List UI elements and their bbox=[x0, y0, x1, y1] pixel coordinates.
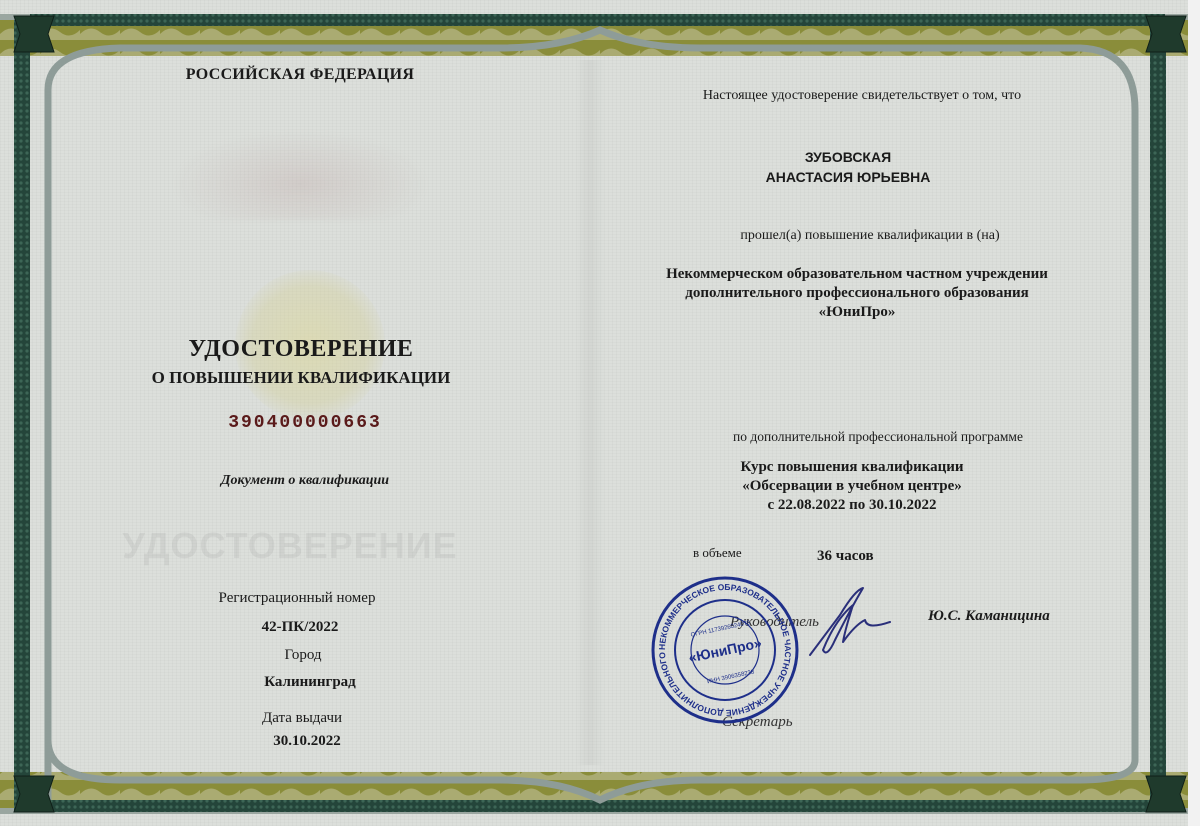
issue-date: 30.10.2022 bbox=[273, 733, 341, 750]
organization-line: «ЮниПро» bbox=[819, 304, 896, 321]
holder-surname: ЗУБОВСКАЯ bbox=[805, 149, 891, 165]
city-value: Калининград bbox=[264, 674, 356, 691]
serial-number: 390400000663 bbox=[228, 413, 382, 433]
organization-line: Некоммерческом образовательном частном у… bbox=[666, 266, 1048, 283]
signature bbox=[805, 580, 895, 665]
issue-date-label: Дата выдачи bbox=[262, 710, 342, 727]
intro-text: Настоящее удостоверение свидетельствует … bbox=[703, 88, 1021, 104]
document-title: УДОСТОВЕРЕНИЕ bbox=[189, 336, 414, 363]
city-label: Город bbox=[284, 647, 321, 664]
center-fold bbox=[575, 60, 605, 765]
stamp-ogrn: ОГРН 1173926024075 bbox=[690, 620, 751, 639]
emblem-watermark bbox=[170, 130, 430, 220]
organization-line: дополнительного профессионального образо… bbox=[685, 285, 1028, 302]
program-line: «Обсервации в учебном центре» bbox=[742, 478, 962, 495]
volume-label: в объеме bbox=[693, 545, 742, 561]
program-line: Курс повышения квалификации bbox=[740, 459, 963, 476]
certificate-document: УДОСТОВЕРЕНИЕ РОССИЙСКАЯ ФЕДЕРАЦИЯ УДОСТ… bbox=[0, 0, 1200, 826]
program-label: по дополнительной профессиональной прогр… bbox=[733, 429, 1023, 445]
watermark-text: УДОСТОВЕРЕНИЕ bbox=[120, 525, 460, 567]
volume-value: 36 часов bbox=[817, 548, 874, 565]
stamp-center-text: «ЮниПро» bbox=[687, 634, 763, 665]
passed-text: прошел(а) повышение квалификации в (на) bbox=[740, 228, 999, 244]
document-type: Документ о квалификации bbox=[221, 473, 389, 489]
document-subtitle: О ПОВЫШЕНИИ КВАЛИФИКАЦИИ bbox=[152, 368, 451, 388]
registration-label: Регистрационный номер bbox=[219, 590, 376, 607]
holder-given-names: АНАСТАСИЯ ЮРЬЕВНА bbox=[766, 169, 931, 185]
head-name: Ю.С. Каманицина bbox=[928, 608, 1050, 625]
country-heading: РОССИЙСКАЯ ФЕДЕРАЦИЯ bbox=[186, 66, 414, 84]
organization-stamp: НЕКОММЕРЧЕСКОЕ ОБРАЗОВАТЕЛЬНОЕ ЧАСТНОЕ У… bbox=[650, 575, 800, 725]
program-dates: с 22.08.2022 по 30.10.2022 bbox=[767, 497, 936, 514]
registration-number: 42-ПК/2022 bbox=[262, 619, 339, 636]
